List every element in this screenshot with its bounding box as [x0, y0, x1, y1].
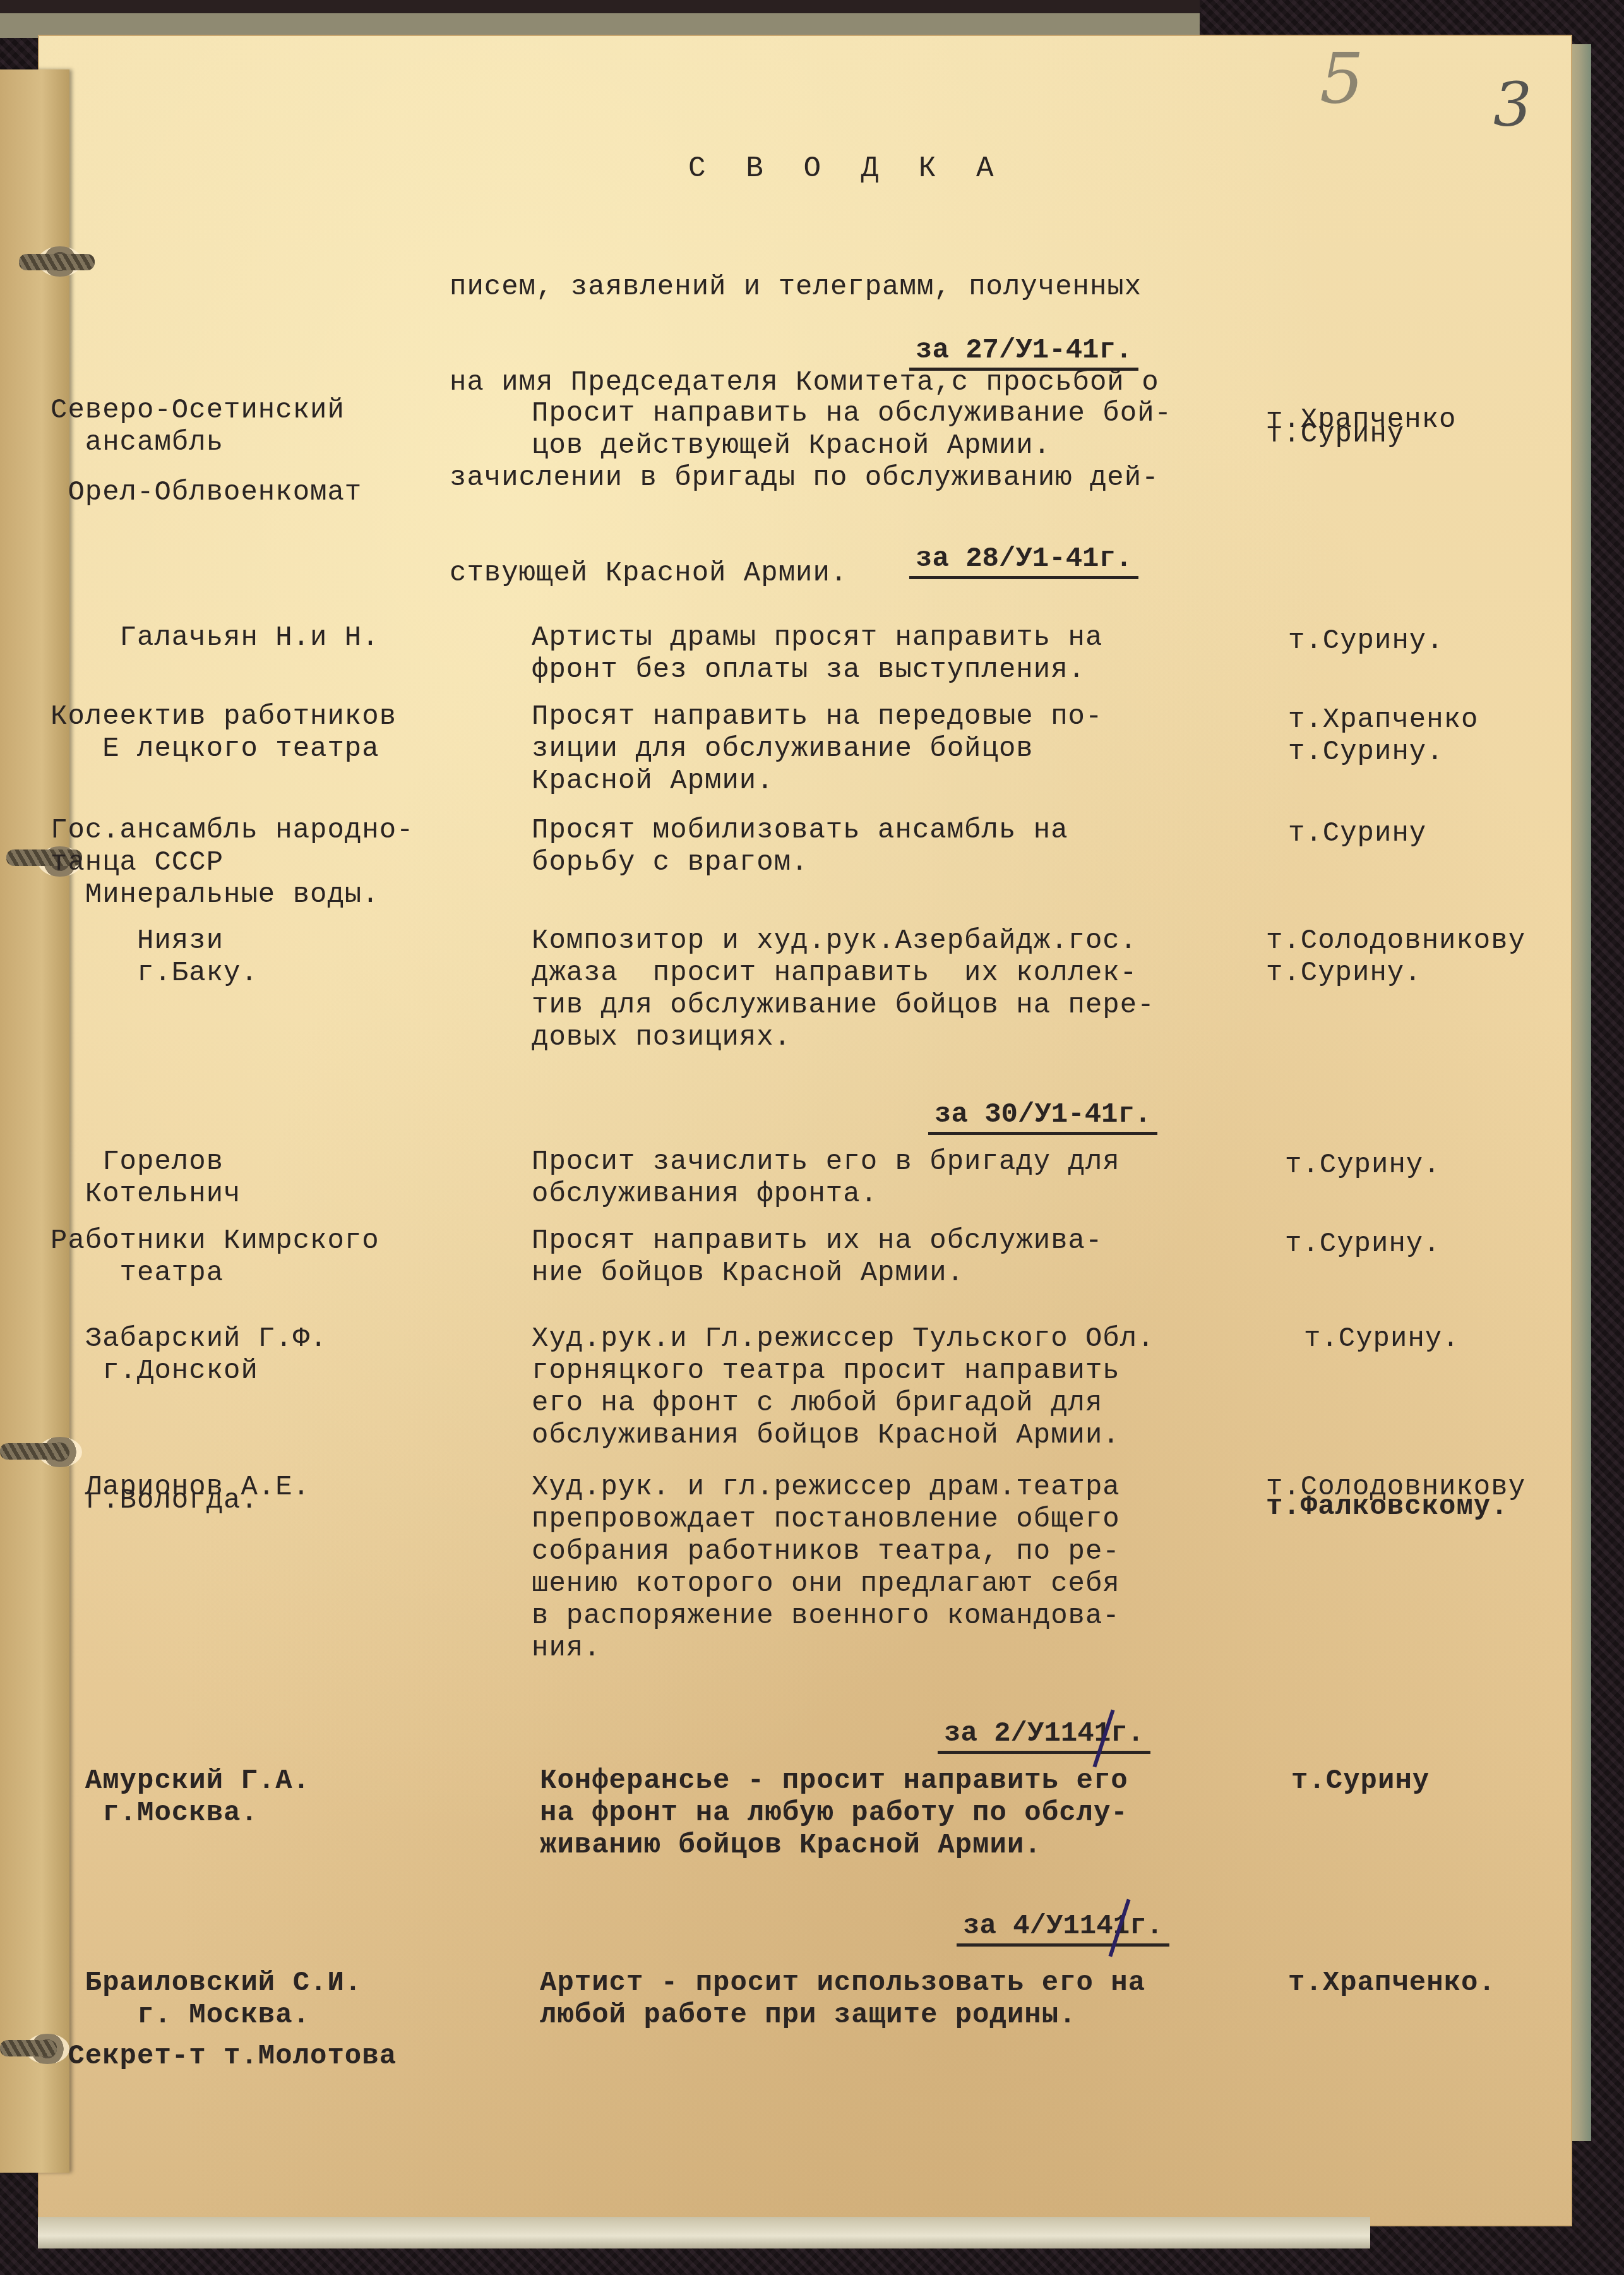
entry-text: Артисты драмы просят направить на фронт … — [532, 622, 1258, 687]
entry-recipient: т.Солодовникову т.Сурину. — [1266, 925, 1569, 990]
text-line: Просят направить на передовые по- — [532, 701, 1258, 733]
text-line: цов действующей Красной Армии. — [532, 430, 1258, 462]
sender-line: Горелов — [51, 1146, 493, 1179]
sender-line: г.Донской — [51, 1355, 493, 1388]
sender-line: г.Баку. — [51, 957, 493, 990]
sender-line: Котельнич — [51, 1179, 493, 1211]
sender-line: Минеральные воды. — [51, 879, 493, 911]
recipient-line: т.Сурину. — [1288, 736, 1591, 769]
entry-recipient: т.Сурину. — [1285, 1228, 1588, 1261]
binding-cord — [19, 254, 95, 270]
sender-line: Забарский Г.Ф. — [51, 1323, 493, 1355]
entry-recipient: т.Сурину. — [1288, 625, 1591, 657]
recipient-line: т.Солодовникову — [1266, 925, 1569, 957]
sender-line: Северо-Осетинский — [51, 395, 493, 427]
text-line: Композитор и худ.рук.Азербайдж.гос. — [532, 925, 1258, 957]
text-line: Просит зачислить его в бригаду для — [532, 1146, 1258, 1179]
text-line: горняцкого театра просит направить — [532, 1355, 1258, 1388]
sender-line: Е лецкого театра — [51, 733, 493, 765]
text-line: на фронт на любую работу по обслу- — [540, 1798, 1266, 1830]
entry-recipient: т.Храпченко т.Сурину. — [1288, 704, 1591, 769]
recipient-line: т.Сурину — [1288, 818, 1591, 850]
handwritten-mark: 5 — [1320, 38, 1364, 119]
subtitle-line: на имя Председателя Комитета,с просьбой … — [450, 367, 1159, 399]
handwritten-page-number: 3 — [1493, 69, 1532, 140]
text-line: любой работе при защите родины. — [540, 2000, 1266, 2032]
entry-text: Композитор и худ.рук.Азербайдж.гос. джаз… — [532, 925, 1258, 1054]
sender-line: г. Москва. — [51, 2000, 493, 2032]
text-line: ния. — [532, 1633, 1258, 1665]
date-heading: за 28/У1-41г. — [909, 543, 1138, 579]
sender-line: Гос.ансамбль народно- — [51, 815, 493, 847]
text-line: Худ.рук.и Гл.режиссер Тульского Обл. — [532, 1323, 1258, 1355]
text-line: борьбу с врагом. — [532, 847, 1258, 879]
sender-line: Колеектив работников — [51, 701, 493, 733]
sender-line: Работники Кимрского — [51, 1225, 493, 1258]
entry-sender: Амурский Г.А. г.Москва. — [51, 1765, 493, 1830]
sender-line: Орел-Облвоенкомат — [51, 477, 493, 509]
date-heading: за 27/У1-41г. — [909, 335, 1138, 371]
document-title: С В О Д К А — [688, 153, 1005, 184]
entry-sender: Гос.ансамбль народно- танца СССР Минерал… — [51, 815, 493, 911]
entry-text: Худ.рук. и гл.режиссер драм.театра препр… — [532, 1472, 1258, 1665]
sender-line: Амурский Г.А. — [51, 1765, 493, 1798]
text-line: обслуживания бойцов Красной Армии. — [532, 1420, 1258, 1452]
entry-sender: Горелов Котельнич — [51, 1146, 493, 1211]
text-line: в распоряжение военного командова- — [532, 1600, 1258, 1633]
spine-strip — [0, 69, 69, 2173]
sender-line: Браиловский С.И. — [51, 1967, 493, 2000]
entry-text: Просят мобилизовать ансамбль на борьбу с… — [532, 815, 1258, 879]
entry-sender: Галачьян Н.и Н. — [51, 622, 493, 654]
recipient-line: т.Сурину. — [1285, 1228, 1588, 1261]
text-line: Красной Армии. — [532, 765, 1258, 798]
entry-recipient: т.Храпченко т.Сурину — [1266, 404, 1569, 451]
text-line: Конферансье - просит направить его — [540, 1765, 1266, 1798]
entry-sender: Ларионов А.Е. г.Вологда. — [51, 1472, 493, 1517]
text-line: ние бойцов Красной Армии. — [532, 1258, 1258, 1290]
recipient-line: т.Сурину. — [1285, 1150, 1588, 1182]
entry-text: Артист - просит использовать его на любо… — [540, 1967, 1266, 2032]
text-line: его на фронт с любой бригадой для — [532, 1388, 1258, 1420]
text-line: довых позициях. — [532, 1022, 1258, 1054]
sender-line: Галачьян Н.и Н. — [51, 622, 493, 654]
sender-line: г.Москва. — [51, 1798, 493, 1830]
date-heading: за 4/У1141г. — [957, 1911, 1169, 1947]
recipient-line: т.Сурину. — [1304, 1323, 1607, 1355]
text-line: фронт без оплаты за выступления. — [532, 654, 1258, 687]
entry-sender: Браиловский С.И. г. Москва. Секрет-т т.М… — [51, 1967, 493, 2073]
entry-recipient: т.Солодовникову т.Фалковскому. — [1266, 1472, 1569, 1523]
entry-recipient: т.Сурину — [1291, 1765, 1594, 1798]
text-line: джаза просит направить их коллек- — [532, 957, 1258, 990]
sender-line: театра — [51, 1258, 493, 1290]
entry-text: Конферансье - просит направить его на фр… — [540, 1765, 1266, 1862]
sender-line: Ниязи — [51, 925, 493, 957]
text-line: обслуживания фронта. — [532, 1179, 1258, 1211]
date-heading: за 30/У1-41г. — [928, 1099, 1157, 1135]
recipient-line: т.Сурину. — [1288, 625, 1591, 657]
entry-sender: Колеектив работников Е лецкого театра — [51, 701, 493, 765]
entry-sender: Ниязи г.Баку. — [51, 925, 493, 990]
text-line: Просит направить на обслуживание бой- — [532, 398, 1258, 430]
binding-cord — [0, 2040, 57, 2056]
entry-text: Худ.рук.и Гл.режиссер Тульского Обл. гор… — [532, 1323, 1258, 1452]
entry-sender: Северо-Осетинский ансамбль — [51, 395, 493, 459]
text-line: Артист - просит использовать его на — [540, 1967, 1266, 2000]
recipient-line: т.Храпченко. — [1288, 1967, 1591, 2000]
text-line: зиции для обслуживание бойцов — [532, 733, 1258, 765]
entry-recipient: т.Сурину. — [1285, 1150, 1588, 1182]
recipient-line: т.Сурину. — [1266, 957, 1569, 990]
text-line: Худ.рук. и гл.режиссер драм.театра — [532, 1472, 1258, 1504]
page-bottom-edge — [38, 2217, 1370, 2248]
text-line: Артисты драмы просят направить на — [532, 622, 1258, 654]
entry-sender: Орел-Облвоенкомат — [51, 477, 493, 509]
subtitle-line: писем, заявлений и телеграмм, полученных — [450, 272, 1159, 304]
text-line: живанию бойцов Красной Армии. — [540, 1830, 1266, 1862]
entry-text: Просят направить на передовые по- зиции … — [532, 701, 1258, 798]
entry-text: Просит направить на обслуживание бой- цо… — [532, 398, 1258, 462]
entry-text: Просят направить их на обслужива- ние бо… — [532, 1225, 1258, 1290]
subtitle-line: зачислении в бригады по обслуживанию дей… — [450, 462, 1159, 495]
text-line: Просят направить их на обслужива- — [532, 1225, 1258, 1258]
sender-line: ансамбль — [51, 427, 493, 459]
text-line: собрания работников театра, по ре- — [532, 1536, 1258, 1568]
text-line: шению которого они предлагают себя — [532, 1568, 1258, 1600]
entry-sender: Работники Кимрского театра — [51, 1225, 493, 1290]
entry-recipient: т.Сурину — [1288, 818, 1591, 850]
binding-tape — [0, 0, 1200, 38]
date-heading: за 2/У1141г. — [938, 1718, 1150, 1754]
entry-recipient: т.Храпченко. — [1288, 1967, 1591, 2000]
recipient-line: т.Сурину — [1291, 1765, 1594, 1798]
text-line: Просят мобилизовать ансамбль на — [532, 815, 1258, 847]
text-line: препровождает постановление общего — [532, 1504, 1258, 1536]
entry-sender: Забарский Г.Ф. г.Донской — [51, 1323, 493, 1388]
entry-text: Просит зачислить его в бригаду для обслу… — [532, 1146, 1258, 1211]
binding-cord — [0, 1443, 69, 1460]
text-line: тив для обслуживание бойцов на пере- — [532, 990, 1258, 1022]
sender-line: Секрет-т т.Молотова — [51, 2041, 493, 2073]
recipient-line: т.Храпченко — [1288, 704, 1591, 736]
entry-recipient: т.Сурину. — [1304, 1323, 1607, 1355]
sender-line: танца СССР — [51, 847, 493, 879]
